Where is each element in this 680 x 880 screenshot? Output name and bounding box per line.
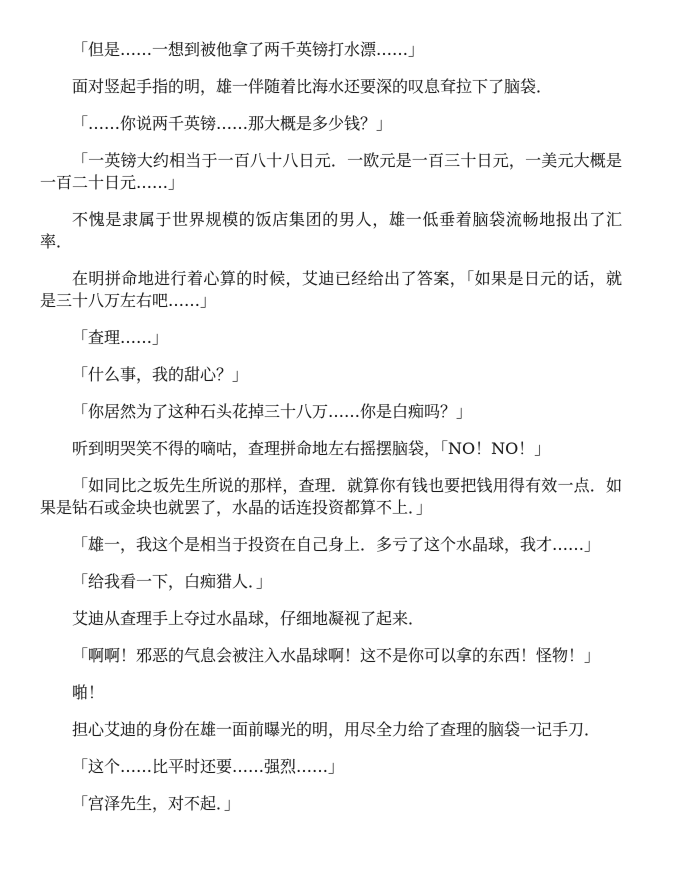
paragraph: 艾迪从查理手上夺过水晶球，仔细地凝视了起来． xyxy=(40,608,622,630)
paragraph: 「……你说两千英镑……那大概是多少钱？」 xyxy=(40,113,622,135)
novel-text-page: 「但是……一想到被他拿了两千英镑打水漂……」 面对竖起手指的明，雄一伴随着比海水… xyxy=(0,0,680,880)
paragraph: 「查理……」 xyxy=(40,327,622,349)
paragraph: 「雄一，我这个是相当于投资在自己身上．多亏了这个水晶球，我才……」 xyxy=(40,534,622,556)
paragraph: 啪！ xyxy=(40,682,622,704)
paragraph: 「但是……一想到被他拿了两千英镑打水漂……」 xyxy=(40,39,622,61)
paragraph: 「你居然为了这种石头花掉三十八万……你是白痴吗？」 xyxy=(40,401,622,423)
paragraph: 「宫泽先生，对不起．」 xyxy=(40,793,622,815)
paragraph: 「一英镑大约相当于一百八十八日元．一欧元是一百三十日元，一美元大概是一百二十日元… xyxy=(40,150,622,194)
paragraph: 「如同比之坂先生所说的那样，查理．就算你有钱也要把钱用得有效一点．如果是钻石或金… xyxy=(40,475,622,519)
paragraph: 担心艾迪的身份在雄一面前曝光的明，用尽全力给了查理的脑袋一记手刀． xyxy=(40,719,622,741)
paragraph: 「这个……比平时还要……强烈……」 xyxy=(40,756,622,778)
paragraph: 在明拼命地进行着心算的时候，艾迪已经给出了答案，「如果是日元的话，就是三十八万左… xyxy=(40,268,622,312)
paragraph: 「给我看一下，白痴猎人．」 xyxy=(40,571,622,593)
paragraph: 听到明哭笑不得的嘀咕，查理拼命地左右摇摆脑袋，「NO！NO！」 xyxy=(40,438,622,460)
paragraph: 「啊啊！邪恶的气息会被注入水晶球啊！这不是你可以拿的东西！怪物！」 xyxy=(40,645,622,667)
paragraph: 「什么事，我的甜心？」 xyxy=(40,364,622,386)
paragraph: 不愧是隶属于世界规模的饭店集团的男人，雄一低垂着脑袋流畅地报出了汇率． xyxy=(40,209,622,253)
paragraph: 面对竖起手指的明，雄一伴随着比海水还要深的叹息耷拉下了脑袋． xyxy=(40,76,622,98)
